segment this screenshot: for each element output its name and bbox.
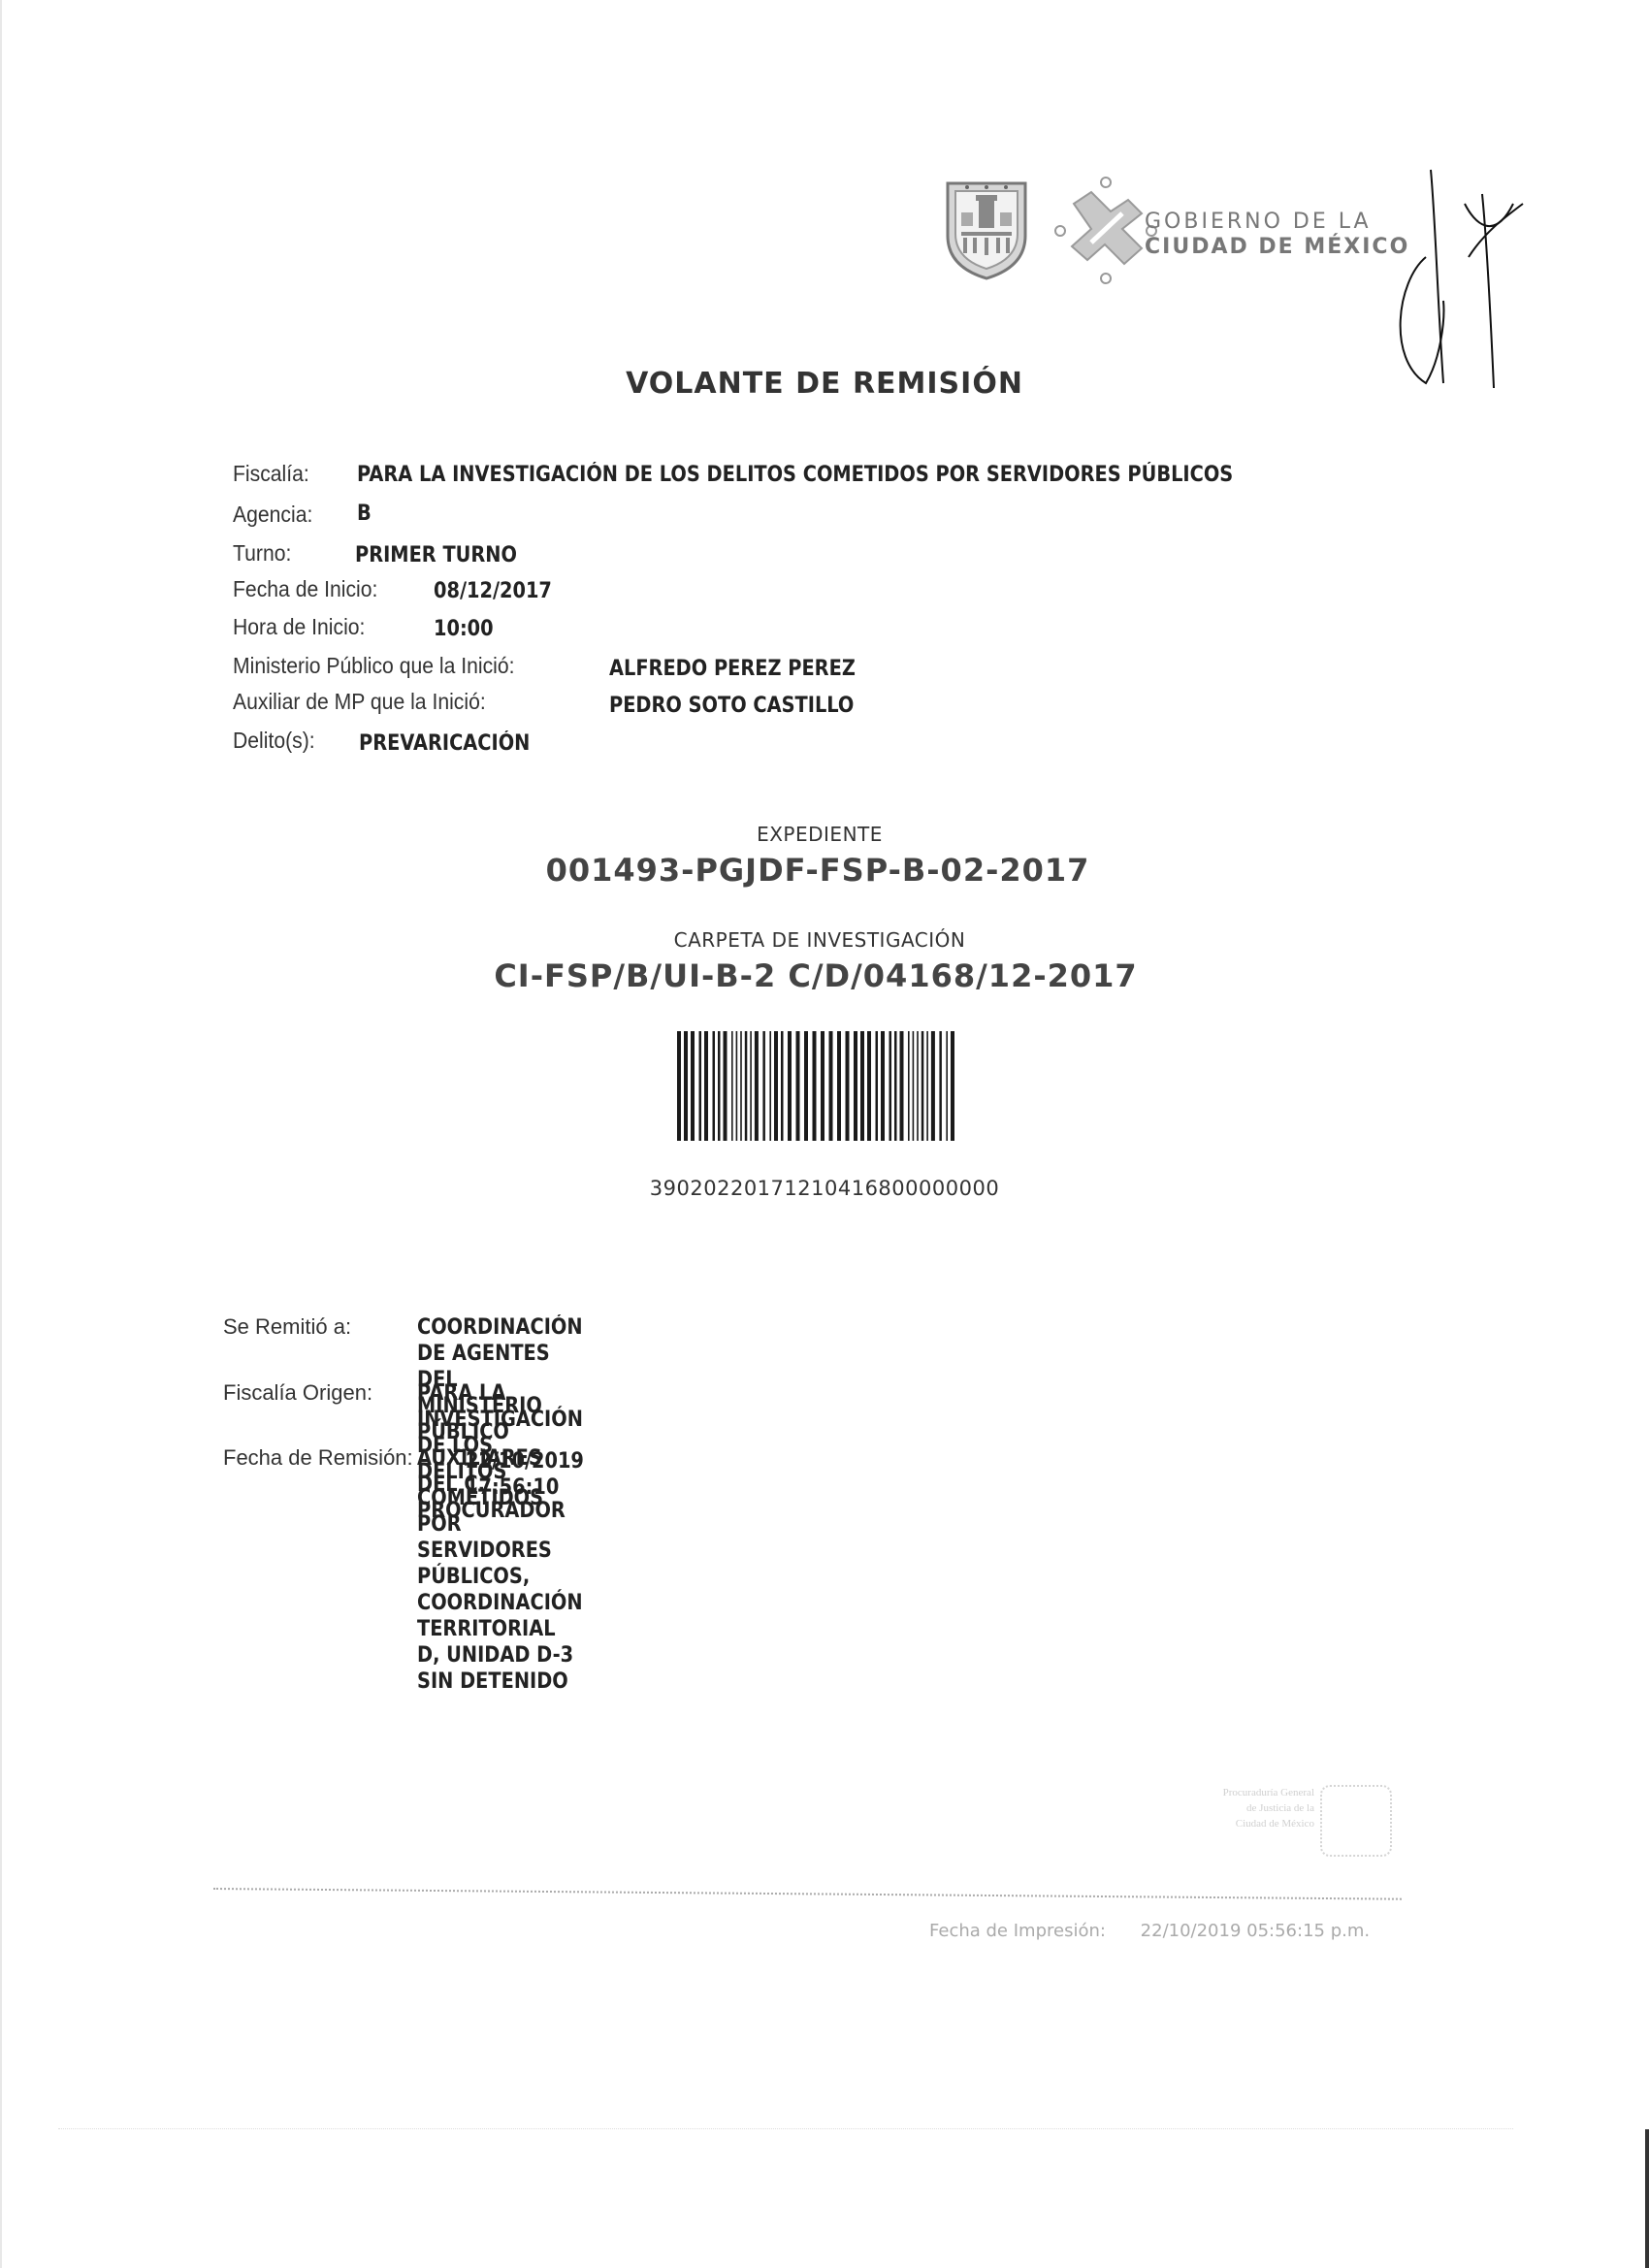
pgj-institution-logo: Procuraduría General de Justicia de la C… <box>1159 1785 1392 1863</box>
scan-edge <box>1645 2129 1649 2268</box>
field-value: PARA LA INVESTIGACIÓN DE LOS DELITOS COM… <box>417 1380 583 1695</box>
field-value: 10:00 <box>434 617 494 641</box>
print-date-value: 22/10/2019 05:56:15 p.m. <box>1141 1921 1370 1941</box>
field-fecha-inicio: Fecha de Inicio: 08/12/2017 <box>233 576 390 602</box>
government-wordmark: GOBIERNO DE LA CIUDAD DE MÉXICO <box>1145 210 1409 260</box>
field-delitos: Delito(s): PREVARICACIÓN <box>233 728 322 754</box>
gov-line-1: GOBIERNO DE LA <box>1145 210 1409 235</box>
expediente-number: 001493-PGJDF-FSP-B-02-2017 <box>0 852 1649 889</box>
field-ministerio-publico: Ministerio Público que la Inició: ALFRED… <box>233 653 539 679</box>
field-turno: Turno: PRIMER TURNO <box>233 540 297 567</box>
scan-artifact-line <box>58 2128 1513 2129</box>
field-value: 08/12/2017 <box>434 579 552 603</box>
signature-mark <box>1397 165 1571 398</box>
field-fecha-remision: Fecha de Remisión: 22/10/2019 17:56:10 <box>223 1445 413 1471</box>
expediente-label: EXPEDIENTE <box>0 823 1649 846</box>
field-value: PRIMER TURNO <box>355 543 517 567</box>
carpeta-block: CARPETA DE INVESTIGACIÓN CI-FSP/B/UI-B-2… <box>0 928 1649 994</box>
field-auxiliar-mp: Auxiliar de MP que la Inició: PEDRO SOTO… <box>233 689 507 715</box>
print-date: Fecha de Impresión: 22/10/2019 05:56:15 … <box>929 1921 1370 1941</box>
carpeta-label: CARPETA DE INVESTIGACIÓN <box>0 928 1649 952</box>
field-value: PEDRO SOTO CASTILLO <box>609 694 854 718</box>
field-label: Hora de Inicio: <box>233 614 365 640</box>
footer-divider <box>213 1888 1402 1900</box>
document-title: VOLANTE DE REMISIÓN <box>0 367 1649 401</box>
field-value: ALFREDO PEREZ PEREZ <box>609 657 856 681</box>
field-agencia: Agencia: B <box>233 502 320 528</box>
field-value: B <box>357 502 372 526</box>
pgj-institution-name: Procuraduría General de Justicia de la C… <box>1223 1785 1314 1831</box>
gov-line-2: CIUDAD DE MÉXICO <box>1145 235 1409 260</box>
print-date-label: Fecha de Impresión: <box>929 1921 1106 1941</box>
barcode <box>675 1031 956 1141</box>
pgj-emblem-icon <box>1320 1785 1392 1857</box>
scan-edge <box>0 0 2 2268</box>
field-label: Fecha de Remisión: <box>223 1445 413 1470</box>
field-fiscalia-origen: Fiscalía Origen: PARA LA INVESTIGACIÓN D… <box>223 1380 372 1406</box>
field-label: Delito(s): <box>233 728 315 754</box>
field-fiscalia: Fiscalía: PARA LA INVESTIGACIÓN DE LOS D… <box>233 461 316 487</box>
carpeta-number: CI-FSP/B/UI-B-2 C/D/04168/12-2017 <box>0 957 1649 994</box>
field-label: Fecha de Inicio: <box>233 576 377 602</box>
field-label: Auxiliar de MP que la Inició: <box>233 689 486 715</box>
field-label: Fiscalía: <box>233 461 309 487</box>
cdmx-logo-icon <box>1052 175 1159 286</box>
document-page: GOBIERNO DE LA CIUDAD DE MÉXICO VOLANTE … <box>0 0 1649 2268</box>
barcode-number: 39020220171210416800000000 <box>0 1177 1649 1200</box>
field-label: Fiscalía Origen: <box>223 1380 372 1405</box>
field-se-remitio: Se Remitió a: COORDINACIÓN DE AGENTES DE… <box>223 1314 351 1340</box>
field-value: 22/10/2019 17:56:10 <box>466 1448 584 1501</box>
expediente-block: EXPEDIENTE 001493-PGJDF-FSP-B-02-2017 <box>0 823 1649 889</box>
field-label: Ministerio Público que la Inició: <box>233 653 515 679</box>
field-value: PARA LA INVESTIGACIÓN DE LOS DELITOS COM… <box>357 463 1233 487</box>
coat-of-arms-shield-icon <box>944 179 1029 280</box>
field-hora-inicio: Hora de Inicio: 10:00 <box>233 614 376 640</box>
field-label: Turno: <box>233 540 291 567</box>
field-label: Agencia: <box>233 502 312 528</box>
field-value: PREVARICACIÓN <box>359 731 530 756</box>
field-label: Se Remitió a: <box>223 1314 351 1339</box>
